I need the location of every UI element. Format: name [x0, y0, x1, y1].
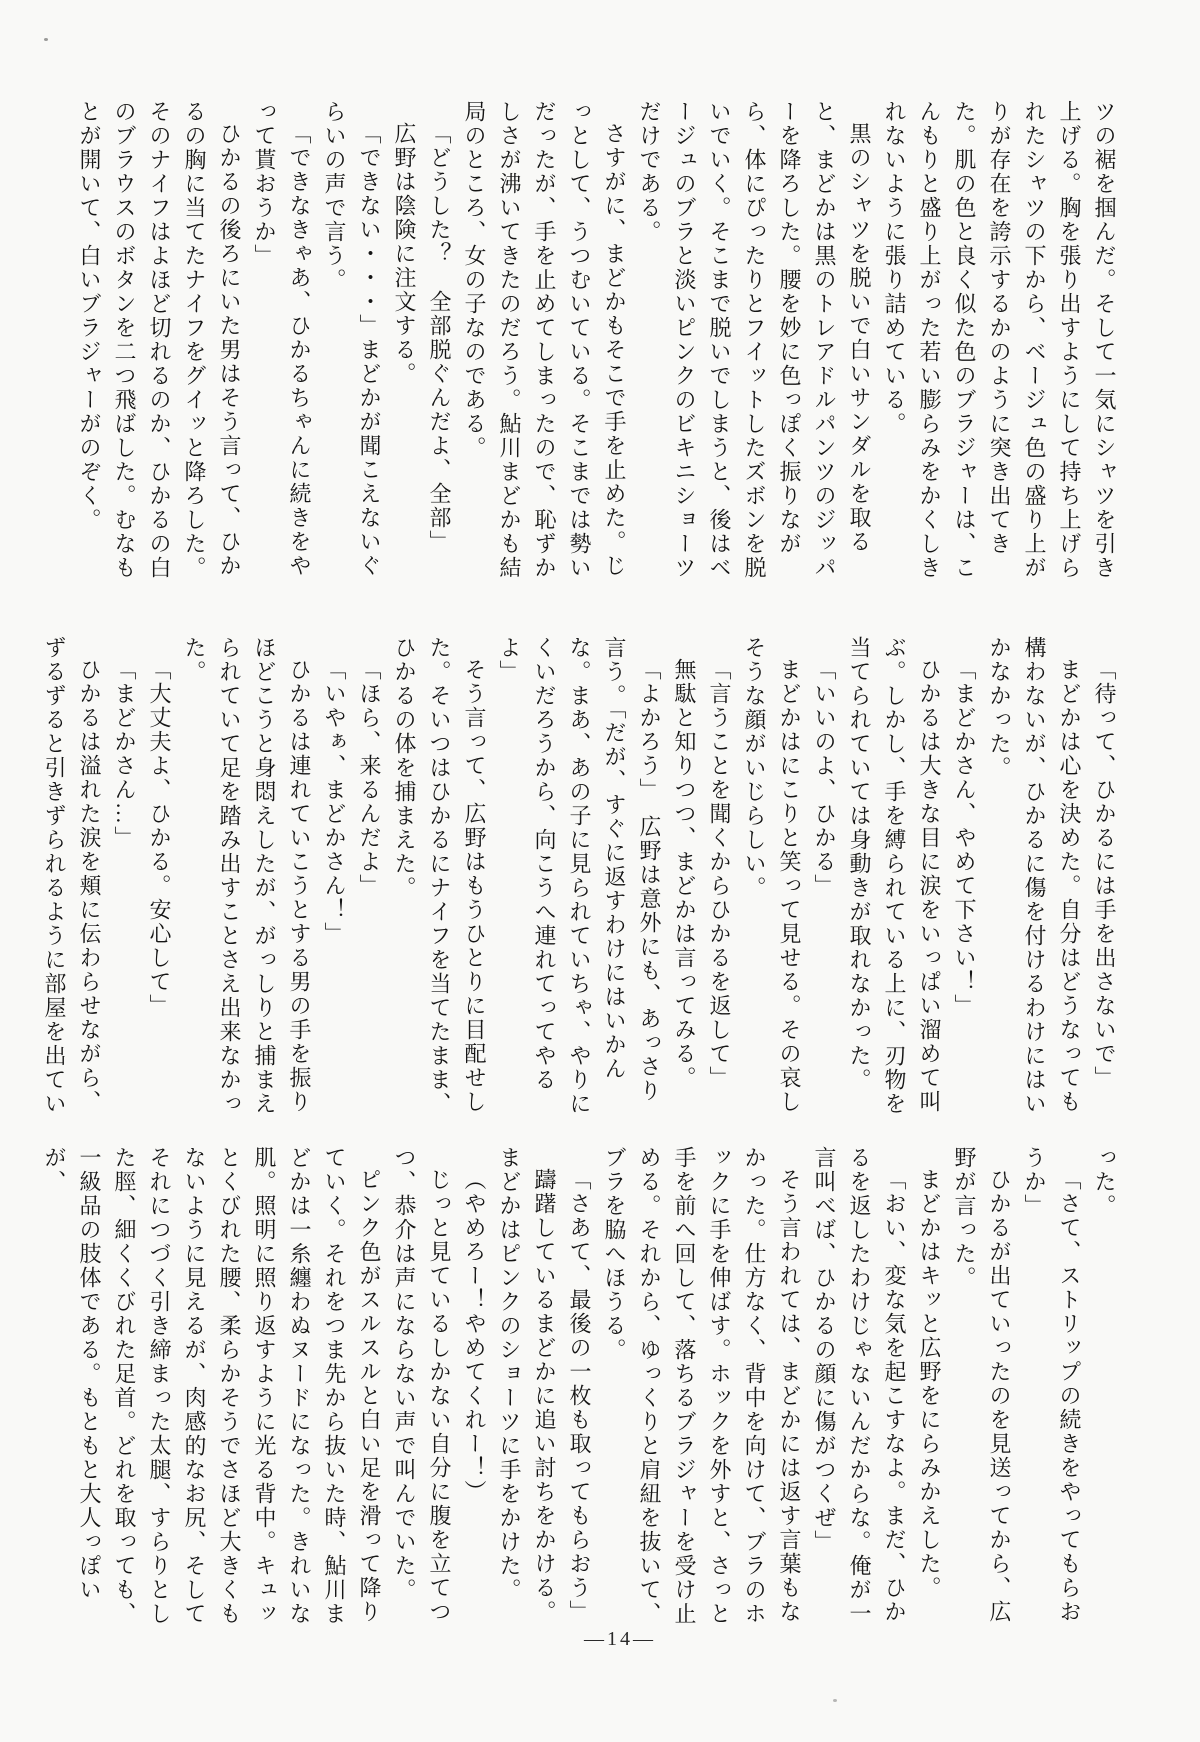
paragraph: ツの裾を掴んだ。そして一気にシャツを引き上げる。胸を張り出すようにして持ち上げら… — [877, 100, 1122, 586]
scanned-novel-page: ツの裾を掴んだ。そして一気にシャツを引き上げる。胸を張り出すようにして持ち上げら… — [0, 0, 1200, 1742]
paragraph: 「まどかさん、やめて下さい！」 — [947, 636, 982, 1122]
paragraph: ひかるが出ていったのを見送ってから、広野が言った。 — [947, 1146, 1017, 1632]
paragraph: 「ほら、来るんだよ」 — [352, 636, 387, 1122]
paragraph: まどかはキッと広野をにらみかえした。 — [912, 1146, 947, 1632]
paragraph: ひかるの後ろにいた男はそう言って、ひかるの胸に当てたナイフをグイッと降ろした。そ… — [72, 100, 247, 586]
paragraph: 「まどかさん…」 — [107, 636, 142, 1122]
page-number: ―14― — [560, 1628, 680, 1651]
paragraph: 「さて、ストリップの続きをやってもらおうか」 — [1017, 1146, 1087, 1632]
text-band-top: ツの裾を掴んだ。そして一気にシャツを引き上げる。胸を張り出すようにして持ち上げら… — [72, 100, 1122, 586]
paragraph: 「待って、ひかるには手を出さないで」 — [1087, 636, 1122, 1122]
paragraph: った。 — [1087, 1146, 1122, 1632]
scan-artifact — [833, 1699, 837, 1702]
scan-artifact — [44, 38, 48, 41]
paragraph: 黒のシャツを脱いで白いサンダルを取ると、まどかは黒のトレアドルパンツのジッパーを… — [632, 100, 877, 586]
paragraph: 「おい、変な気を起こすなよ。まだ、ひかるを返したわけじゃないんだからな。俺が一言… — [807, 1146, 912, 1632]
paragraph: 「よかろう」 広野は意外にも、あっさり言う。「だが、すぐに返すわけにはいかんな。… — [492, 636, 667, 1122]
paragraph: まどかはにこりと笑って見せる。その哀しそうな顔がいじらしい。 — [737, 636, 807, 1122]
paragraph: 「言うことを聞くからひかるを返して」 — [702, 636, 737, 1122]
text-band-middle: 「待って、ひかるには手を出さないで」まどかは心を決めた。自分はどうなっても構わな… — [72, 636, 1122, 1122]
paragraph: そう言って、広野はもうひとりに目配せした。そいつはひかるにナイフを当てたまま、ひ… — [387, 636, 492, 1122]
paragraph: そう言われては、まどかには返す言葉もなかった。仕方なく、背中を向けて、ブラのホッ… — [597, 1146, 807, 1632]
paragraph: さすがに、まどかもそこで手を止めた。じっとして、うつむいている。そこまでは勢いだ… — [457, 100, 632, 586]
paragraph: ひかるは連れていこうとする男の手を振りほどこうと身悶えしたが、がっしりと捕まえら… — [177, 636, 317, 1122]
paragraph: 「どうした？ 全部脱ぐんだよ、全部」 — [422, 100, 457, 586]
paragraph: 「いいのよ、ひかる」 — [807, 636, 842, 1122]
paragraph: ひかるは大きな目に涙をいっぱい溜めて叫ぶ。しかし、手を縛られている上に、刃物を当… — [842, 636, 947, 1122]
paragraph: ひかるは溢れた涙を頬に伝わらせながら、ずるずると引きずられるように部屋を出てい — [37, 636, 107, 1122]
paragraph: まどかは心を決めた。自分はどうなっても構わないが、ひかるに傷を付けるわけにはいか… — [982, 636, 1087, 1122]
paragraph: 「できない・・・」まどかが聞こえないぐらいの声で言う。 — [317, 100, 387, 586]
paragraph: 「大丈夫よ、ひかる。安心して」 — [142, 636, 177, 1122]
paragraph: 「さあて、最後の一枚も取ってもらおう」 — [562, 1146, 597, 1632]
paragraph: 無駄と知りつつ、まどかは言ってみる。 — [667, 636, 702, 1122]
paragraph: じっと見ているしかない自分に腹を立てつつ、恭介は声にならない声で叫んでいた。 — [387, 1146, 457, 1632]
paragraph: 「いやぁ、まどかさん！」 — [317, 636, 352, 1122]
paragraph: （やめろー！やめてくれー！） — [457, 1146, 492, 1632]
text-band-bottom: った。「さて、ストリップの続きをやってもらおうか」ひかるが出ていったのを見送って… — [72, 1146, 1122, 1632]
paragraph: 「できなきゃあ、ひかるちゃんに続きをやって貰おうか」 — [247, 100, 317, 586]
paragraph: 躊躇しているまどかに追い討ちをかける。まどかはピンクのショーツに手をかけた。 — [492, 1146, 562, 1632]
paragraph: 広野は陰険に注文する。 — [387, 100, 422, 586]
paragraph: ピンク色がスルスルと白い足を滑って降りていく。それをつま先から抜いた時、鮎川まど… — [37, 1146, 387, 1632]
